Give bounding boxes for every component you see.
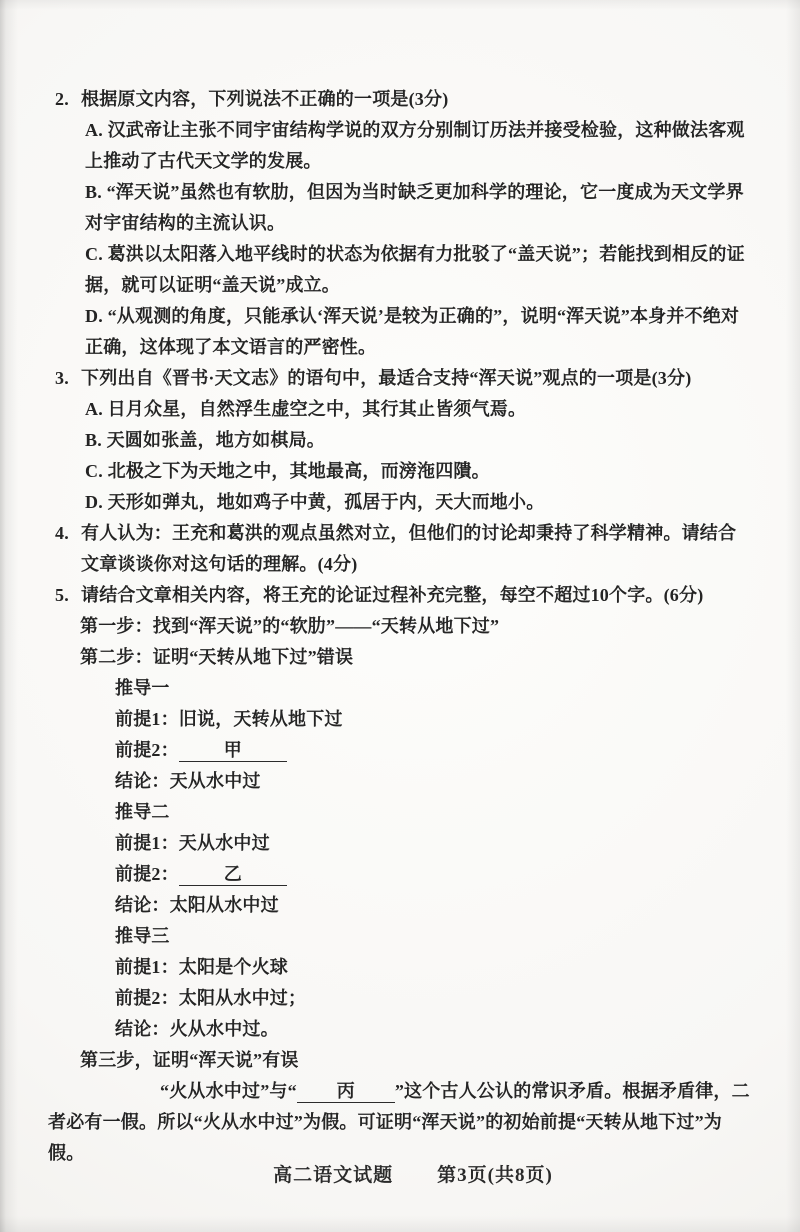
question-3-stem-row: 3. 下列出自《晋书·天文志》的语句中，最适合支持“浑天说”观点的一项是(3分) [55,363,752,394]
footer-doc-title: 高二语文试题 [273,1160,393,1187]
question-4-stem-row: 4. 有人认为：王充和葛洪的观点虽然对立，但他们的讨论却秉持了科学精神。请结合文… [55,518,752,580]
question-3-option-d: D. 天形如弹丸，地如鸡子中黄，孤居于内，天大而地小。 [85,487,752,518]
conclusion-text-after: ”这个古人公认的常识矛盾。根据矛盾律，二者必有一假。所以“火从水中过”为假。可证… [48,1081,750,1163]
question-5-step-2: 第二步：证明“天转从地下过”错误 [80,642,752,673]
question-3-option-a: A. 日月众星，自然浮生虚空之中，其行其止皆须气焉。 [85,394,752,425]
derivation-2-premise-2-label: 前提2： [115,864,179,884]
derivation-1-title: 推导一 [115,673,752,704]
page-content: 2. 根据原文内容，下列说法不正确的一项是(3分) A. 汉武帝让主张不同宇宙结… [0,84,800,1169]
question-3-option-c: C. 北极之下为天地之中，其地最高，而滂沲四隤。 [85,456,752,487]
blank-jia: 甲 [179,739,287,762]
question-3: 3. 下列出自《晋书·天文志》的语句中，最适合支持“浑天说”观点的一项是(3分)… [55,363,752,518]
question-2-number: 2. [55,84,81,115]
question-4-number: 4. [55,518,81,580]
question-2-option-c: C. 葛洪以太阳落入地平线时的状态为依据有力批驳了“盖天说”；若能找到相反的证据… [85,239,752,301]
exam-page: 2. 根据原文内容，下列说法不正确的一项是(3分) A. 汉武帝让主张不同宇宙结… [0,0,800,1232]
question-3-option-b: B. 天圆如张盖，地方如棋局。 [85,425,752,456]
question-5-stem-row: 5. 请结合文章相关内容，将王充的论证过程补充完整，每空不超过10个字。(6分) [55,580,752,611]
derivation-1-premise-1: 前提1：旧说，天转从地下过 [115,704,752,735]
question-2-option-b: B. “浑天说”虽然也有软肋，但因为当时缺乏更加科学的理论，它一度成为天文学界对… [85,177,752,239]
question-2-option-a: A. 汉武帝让主张不同宇宙结构学说的双方分别制订历法并接受检验，这种做法客观上推… [85,115,752,177]
derivation-1-conclusion: 结论：天从水中过 [115,766,752,797]
question-5-number: 5. [55,580,81,611]
question-3-number: 3. [55,363,81,394]
derivation-2-conclusion: 结论：太阳从水中过 [115,890,752,921]
question-2: 2. 根据原文内容，下列说法不正确的一项是(3分) A. 汉武帝让主张不同宇宙结… [55,84,752,363]
conclusion-text-before: “火从水中过”与“ [160,1081,297,1101]
question-5-step-3: 第三步，证明“浑天说”有误 [80,1045,752,1076]
derivation-3-conclusion: 结论：火从水中过。 [115,1014,752,1045]
question-3-stem: 下列出自《晋书·天文志》的语句中，最适合支持“浑天说”观点的一项是(3分) [81,363,752,394]
question-5: 5. 请结合文章相关内容，将王充的论证过程补充完整，每空不超过10个字。(6分)… [55,580,752,1169]
question-5-stem: 请结合文章相关内容，将王充的论证过程补充完整，每空不超过10个字。(6分) [81,580,752,611]
derivation-1-premise-2: 前提2：甲 [115,735,752,766]
derivation-2-premise-2: 前提2：乙 [115,859,752,890]
question-2-stem: 根据原文内容，下列说法不正确的一项是(3分) [81,84,752,115]
derivation-1-premise-2-label: 前提2： [115,740,179,760]
question-2-option-d: D. “从观测的角度，只能承认‘浑天说’是较为正确的”，说明“浑天说”本身并不绝… [85,301,752,363]
step-3-conclusion-paragraph: “火从水中过”与“丙”这个古人公认的常识矛盾。根据矛盾律，二者必有一假。所以“火… [48,1076,752,1169]
page-footer: 高二语文试题 第3页(共8页) [0,1160,800,1187]
question-4-stem: 有人认为：王充和葛洪的观点虽然对立，但他们的讨论却秉持了科学精神。请结合文章谈谈… [81,518,752,580]
derivation-2-title: 推导二 [115,797,752,828]
question-4: 4. 有人认为：王充和葛洪的观点虽然对立，但他们的讨论却秉持了科学精神。请结合文… [55,518,752,580]
blank-yi: 乙 [179,863,287,886]
derivation-2-premise-1: 前提1：天从水中过 [115,828,752,859]
footer-page-indicator: 第3页(共8页) [437,1160,553,1187]
derivation-3-premise-2: 前提2：太阳从水中过； [115,983,752,1014]
derivation-3-premise-1: 前提1：太阳是个火球 [115,952,752,983]
derivation-3-title: 推导三 [115,921,752,952]
question-2-stem-row: 2. 根据原文内容，下列说法不正确的一项是(3分) [55,84,752,115]
blank-bing: 丙 [297,1080,395,1103]
question-5-step-1: 第一步：找到“浑天说”的“软肋”——“天转从地下过” [80,611,752,642]
